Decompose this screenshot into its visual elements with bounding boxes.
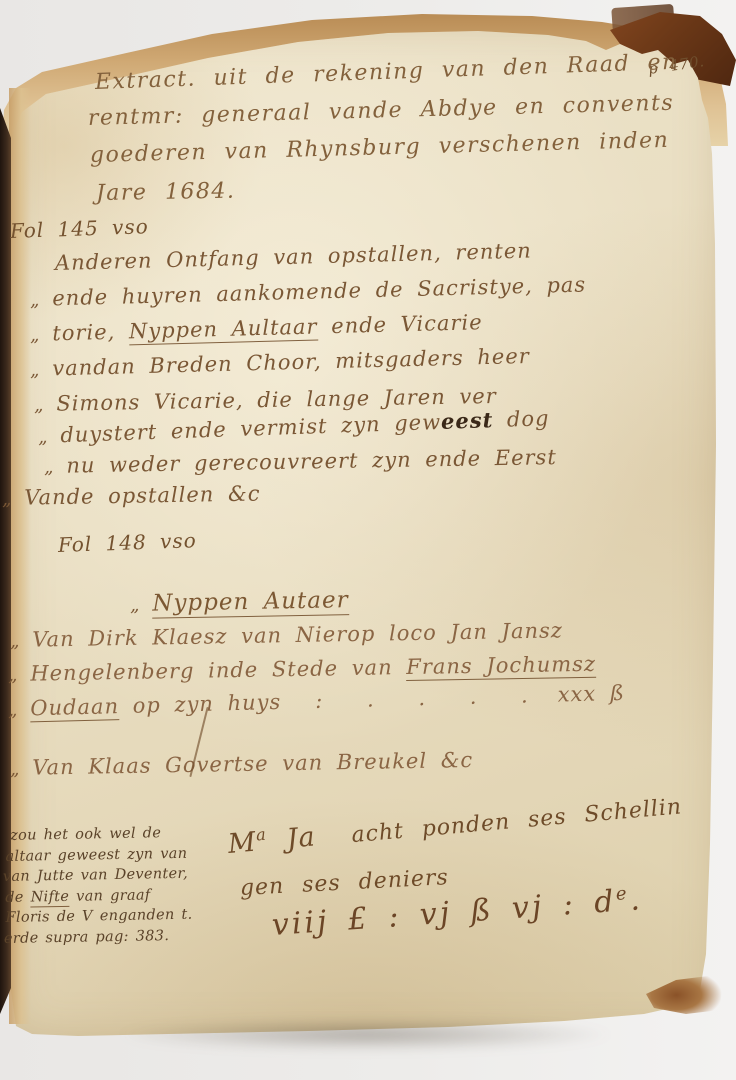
ditto-mark: „ <box>130 595 141 616</box>
entry-text: op zyn huys <box>119 690 282 718</box>
header-line: goederen van Rhynsburg verschenen inden <box>90 128 670 168</box>
sum-words: acht ponden ses Schellin <box>350 794 683 848</box>
entry-text: Van Klaas Govertse van Breukel &c <box>32 748 473 780</box>
leader-dots: : . . . . <box>315 683 544 713</box>
folio-label: Fol 145 vso <box>10 214 149 243</box>
entry-text: Vande opstallen &c <box>24 481 261 509</box>
entry-line: „Vande opstallen &c <box>2 481 261 510</box>
ditto-mark: „ <box>8 700 19 721</box>
underlined-text: Frans Jochumsz <box>406 652 596 681</box>
header-line: Jare 1684. <box>96 179 236 206</box>
ditto-mark: „ <box>30 325 41 346</box>
header-line: Extract. uit de rekening van den Raad en <box>95 50 679 95</box>
entry-line: „Hengelenberg inde Stede van Frans Jochu… <box>8 652 596 686</box>
entry-text: Hengelenberg inde Stede van <box>30 655 406 686</box>
entry-text: duystert ende vermist zyn gew <box>60 410 442 447</box>
ditto-mark: „ <box>34 395 45 416</box>
margin-note: zou het ook wel de altaar geweest zyn va… <box>2 823 193 949</box>
sum-line: gen ses deniers <box>239 865 449 901</box>
margin-note-line: Floris de V enganden t. <box>5 905 192 929</box>
margin-text: de <box>5 889 31 905</box>
ditto-mark: „ <box>2 489 13 510</box>
underlined-text: Nyppen Autaer <box>152 587 349 618</box>
ditto-mark: „ <box>8 665 19 686</box>
overwritten-text: eest <box>441 407 494 434</box>
sum-prefix: Ma Ja <box>227 821 317 860</box>
total-superscript: e <box>615 883 630 905</box>
entry-text: torie, <box>52 319 129 345</box>
sum-prefix-rest: Ja <box>266 821 317 856</box>
ditto-mark: „ <box>10 631 21 652</box>
ditto-mark: „ <box>30 360 41 381</box>
altar-heading: „Nyppen Autaer <box>130 587 349 617</box>
entry-text: ende huyren aankomende de Sacristye, pas <box>52 272 586 310</box>
ditto-mark: „ <box>38 427 49 448</box>
ditto-mark: „ <box>44 457 55 478</box>
underlined-text: Oudaan <box>30 694 119 722</box>
ditto-mark: „ <box>30 290 41 311</box>
total-period: . <box>629 882 644 918</box>
ditto-mark: „ <box>10 759 21 780</box>
entry-line: „Van Klaas Govertse van Breukel &c <box>10 748 474 780</box>
handwriting-layer: p 470. Extract. uit de rekening van den … <box>0 0 736 1080</box>
entry-text: vandan Breden Choor, mitsgaders heer <box>52 344 530 380</box>
entry-text: nu weder gerecouvreert zyn ende Eerst <box>66 445 557 478</box>
margin-note-line: erde supra pag: 383. <box>4 925 193 949</box>
margin-text: van graaf <box>69 887 151 904</box>
underlined-text: Nifte <box>30 888 69 907</box>
entry-line: „Oudaan op zyn huys: . . . .xxx ß <box>8 681 625 721</box>
entry-line: „ende huyren aankomende de Sacristye, pa… <box>30 272 587 311</box>
sum-prefix-letter: M <box>227 827 258 860</box>
sum-line: Ma Ja acht ponden ses Schellin <box>227 788 684 860</box>
underlined-text: Nyppen Aultaar <box>129 314 318 345</box>
manuscript-photo: p 470. Extract. uit de rekening van den … <box>0 0 736 1080</box>
entry-text: ende Vicarie <box>317 310 483 338</box>
entry-line: „Van Dirk Klaesz van Nierop loco Jan Jan… <box>10 618 563 652</box>
header-line: rentmr: generaal vande Abdye en convents <box>88 91 675 131</box>
entry-text: dog <box>493 406 550 432</box>
entry-text: Van Dirk Klaesz van Nierop loco Jan Jans… <box>32 618 563 651</box>
amount-text: xxx ß <box>557 681 625 707</box>
entry-line: „torie, Nyppen Aultaar ende Vicarie <box>30 310 483 346</box>
entry-line: Anderen Ontfang van opstallen, renten <box>55 239 532 275</box>
folio-label: Fol 148 vso <box>58 528 197 557</box>
entry-line: „vandan Breden Choor, mitsgaders heer <box>30 344 530 381</box>
margin-note-line: van Jutte van Deventer, <box>3 864 192 888</box>
entry-line: „nu weder gerecouvreert zyn ende Eerst <box>44 445 557 478</box>
